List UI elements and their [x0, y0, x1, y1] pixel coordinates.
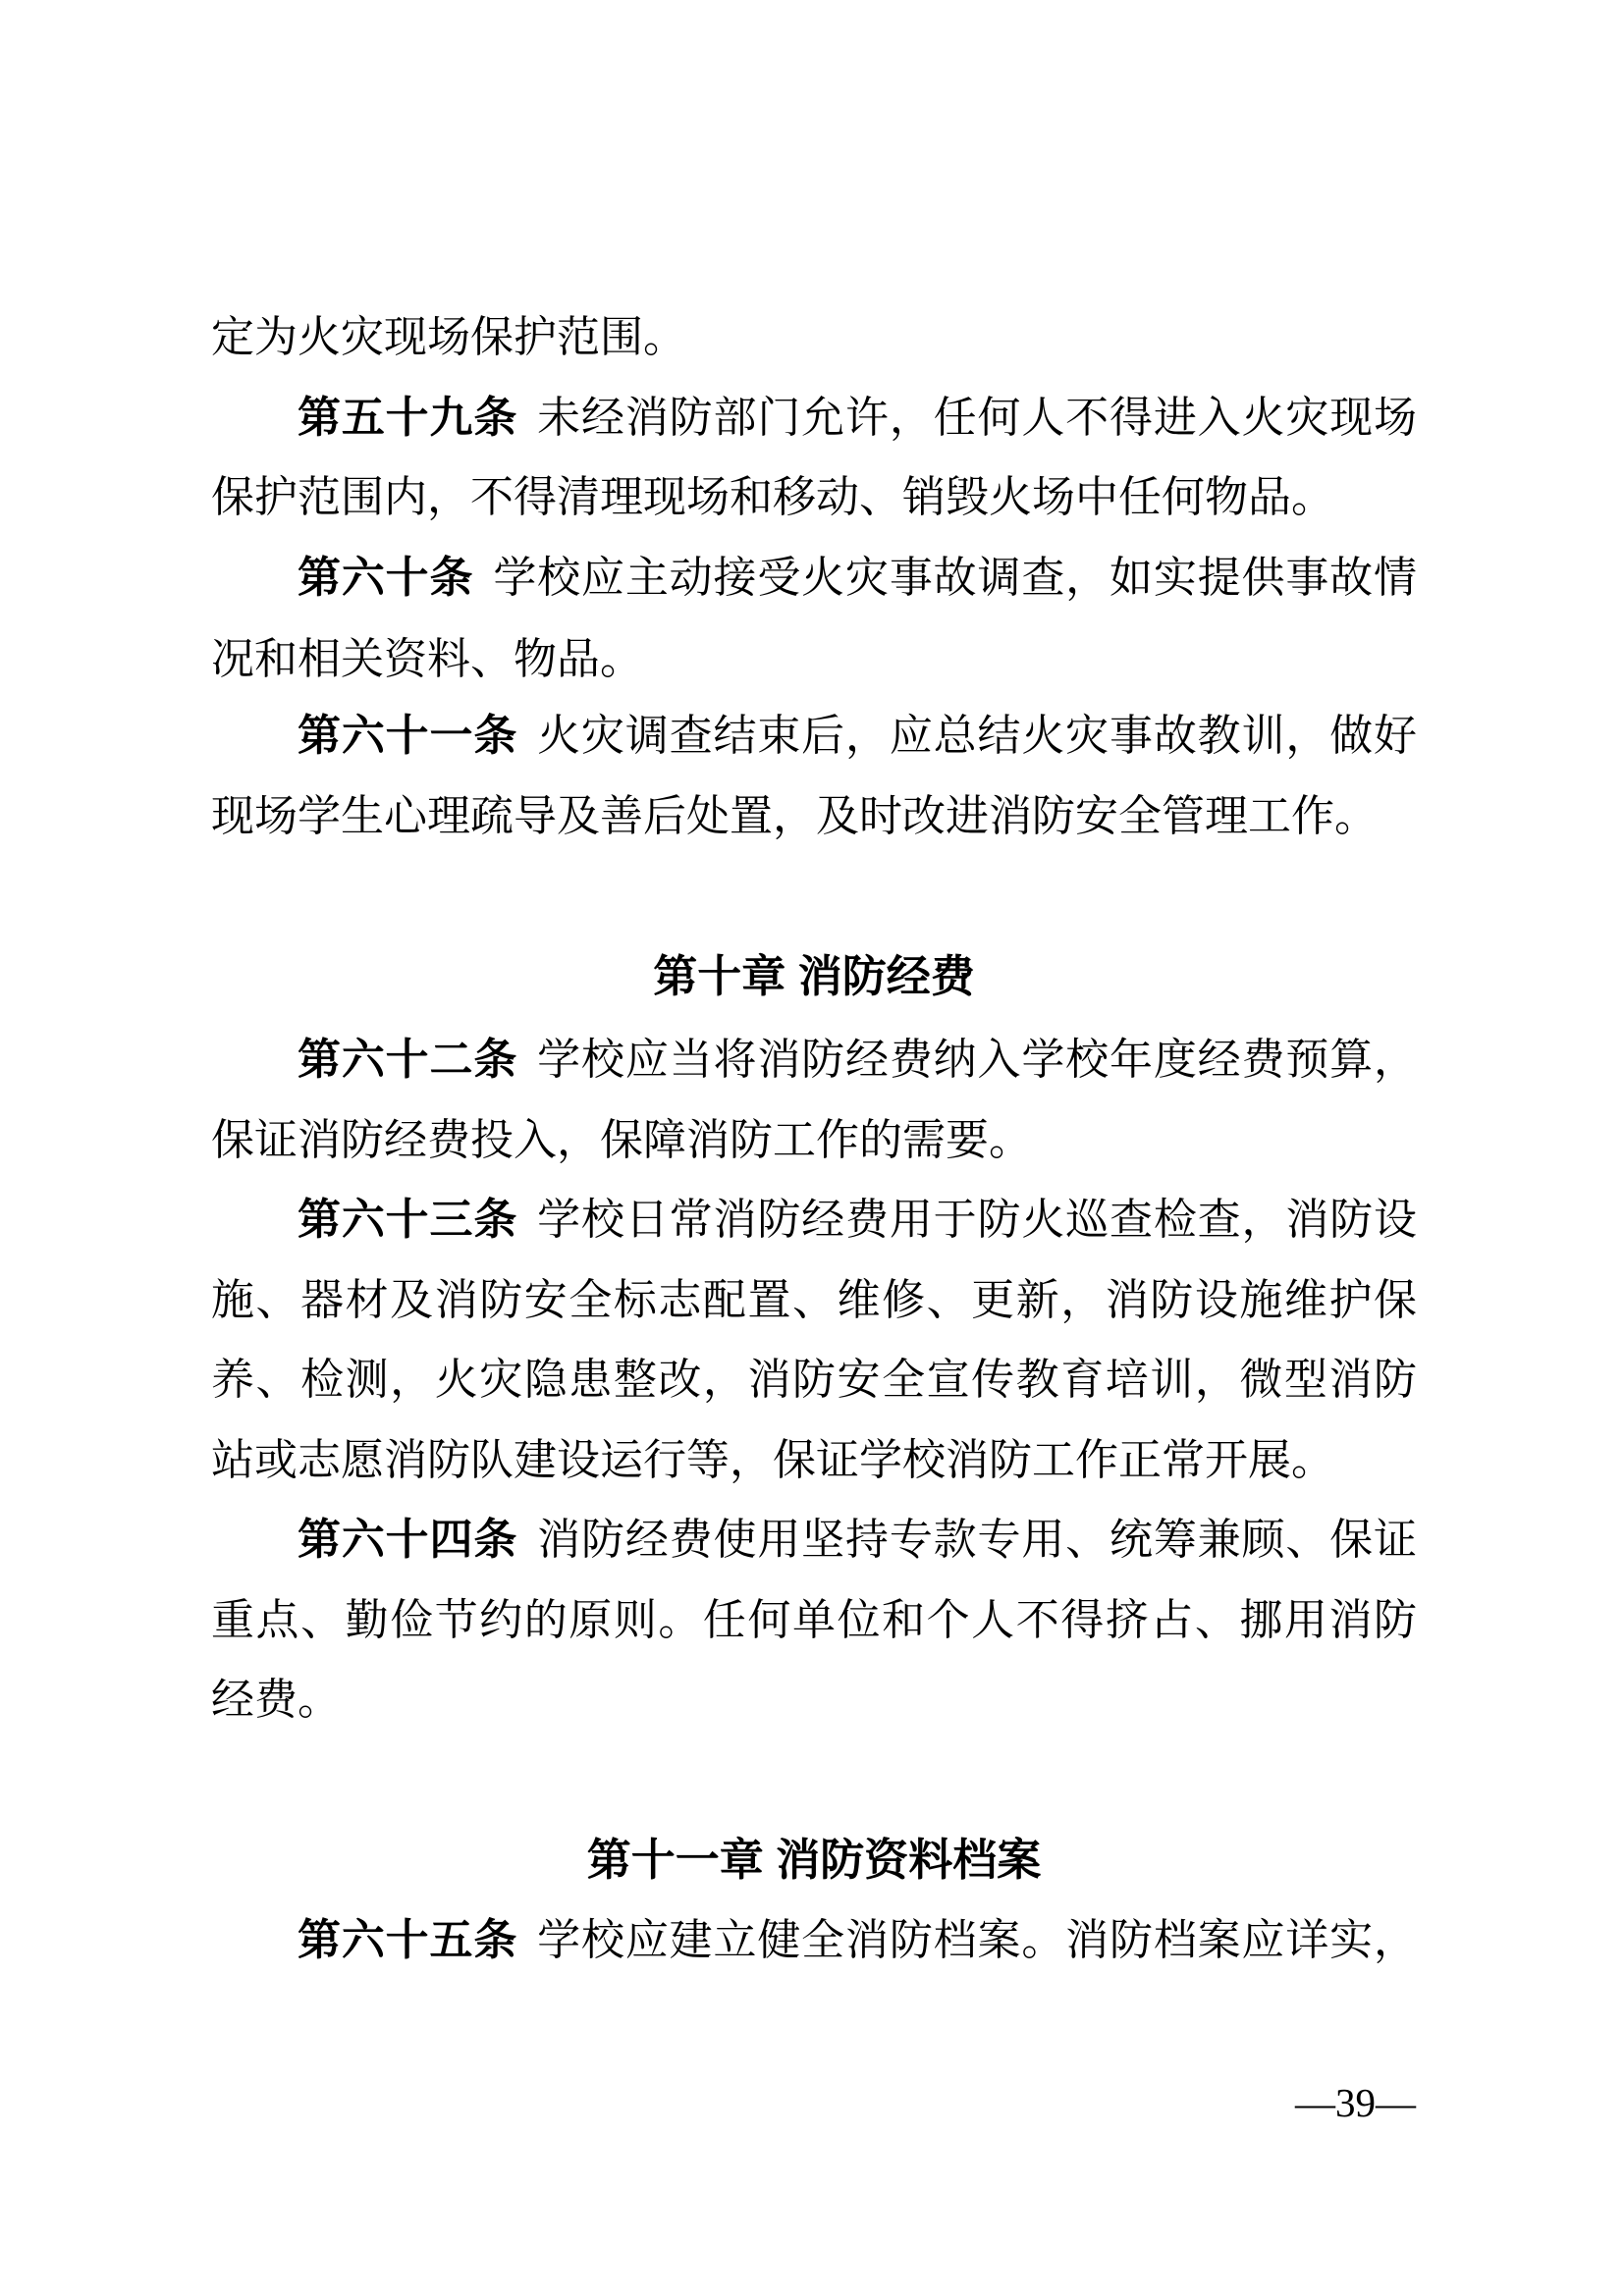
body-text: 消防经费使用坚持专款专用、统筹兼顾、保证: [537, 1516, 1417, 1564]
page-number: —39—: [1295, 2073, 1416, 2132]
body-line: 养、检测，火灾隐患整改，消防安全宣传教育培训，微型消防: [211, 1340, 1417, 1420]
body-line: 第六十五条学校应建立健全消防档案。消防档案应详实，: [211, 1900, 1417, 1981]
document-page: 定为火灾现场保护范围。 第五十九条未经消防部门允许，任何人不得进入火灾现场 保护…: [0, 0, 1624, 2296]
body-line: 定为火灾现场保护范围。: [211, 297, 1417, 378]
body-line: 第六十条学校应主动接受火灾事故调查，如实提供事故情: [211, 538, 1417, 618]
body-text: 火灾调查结束后，应总结火灾事故教训，做好: [537, 712, 1417, 760]
chapter-heading-ch11: 第十一章 消防资料档案: [211, 1820, 1417, 1900]
body-line: 保护范围内，不得清理现场和移动、销毁火场中任何物品。: [211, 457, 1417, 538]
article-number: 第六十一条: [298, 712, 517, 760]
article-number: 第六十二条: [298, 1036, 517, 1084]
body-line: 站或志愿消防队建设运行等，保证学校消防工作正常开展。: [211, 1420, 1417, 1501]
body-line: 第五十九条未经消防部门允许，任何人不得进入火灾现场: [211, 378, 1417, 458]
body-text: 未经消防部门允许，任何人不得进入火灾现场: [537, 394, 1417, 442]
body-line: 施、器材及消防安全标志配置、维修、更新，消防设施维护保: [211, 1260, 1417, 1341]
body-line: 第六十三条学校日常消防经费用于防火巡查检查，消防设: [211, 1180, 1417, 1260]
body-text: 学校应当将消防经费纳入学校年度经费预算，: [537, 1036, 1417, 1084]
body-line: 第六十一条火灾调查结束后，应总结火灾事故教训，做好: [211, 696, 1417, 776]
body-text: 学校应主动接受火灾事故调查，如实提供事故情: [493, 554, 1417, 602]
body-text: 学校应建立健全消防档案。消防档案应详实，: [537, 1916, 1417, 1964]
body-text: 学校日常消防经费用于防火巡查检查，消防设: [537, 1196, 1417, 1244]
article-number: 第六十三条: [298, 1196, 517, 1244]
body-line: 第六十四条消防经费使用坚持专款专用、统筹兼顾、保证: [211, 1500, 1417, 1580]
article-number: 第六十条: [298, 554, 473, 602]
article-number: 第五十九条: [298, 394, 517, 442]
article-number: 第六十四条: [298, 1516, 517, 1564]
body-line: 重点、勤俭节约的原则。任何单位和个人不得挤占、挪用消防: [211, 1580, 1417, 1661]
body-line: 经费。: [211, 1660, 1417, 1740]
body-line: 现场学生心理疏导及善后处置，及时改进消防安全管理工作。: [211, 776, 1417, 857]
chapter-heading-ch10: 第十章 消防经费: [211, 936, 1417, 1017]
article-number: 第六十五条: [298, 1916, 517, 1964]
body-line: 第六十二条学校应当将消防经费纳入学校年度经费预算，: [211, 1020, 1417, 1100]
body-line: 况和相关资料、物品。: [211, 619, 1417, 700]
body-line: 保证消防经费投入，保障消防工作的需要。: [211, 1100, 1417, 1181]
